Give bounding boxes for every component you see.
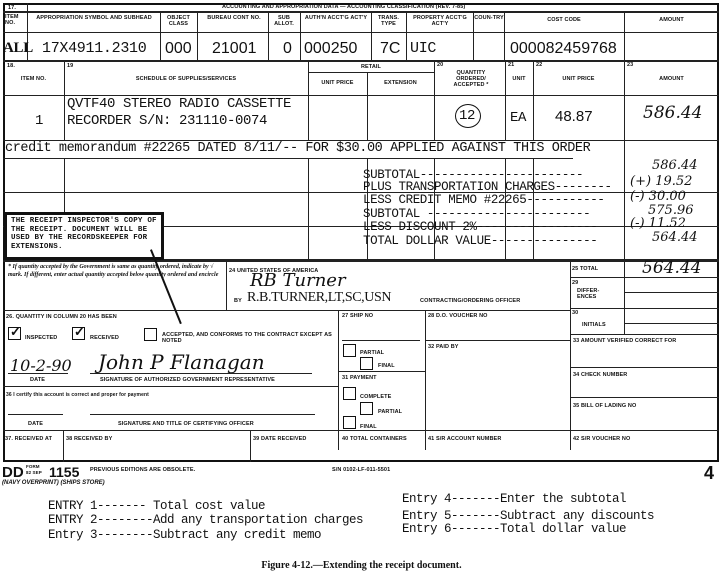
block27-label: 27 SHIP NO — [342, 313, 373, 319]
payment-partial-label: PARTIAL — [378, 409, 402, 415]
block40-label: 40 TOTAL CONTAINERS — [342, 436, 407, 442]
block38-label: 38 RECEIVED BY — [66, 436, 112, 442]
divider — [8, 414, 63, 415]
col18-num: 18. — [7, 63, 15, 69]
figure-caption: Figure 4-12.—Extending the receipt docum… — [0, 560, 723, 571]
payment-partial-checkbox[interactable] — [360, 402, 373, 415]
col23-num: 23 — [627, 62, 633, 68]
ext-subtotal-value: 586.44 — [652, 158, 698, 173]
sub-allot-value: 0 — [283, 40, 292, 58]
bureau-value: 21001 — [212, 40, 257, 58]
ext-transport-value: (+) 19.52 — [630, 174, 692, 189]
block41-label: 41 S/R ACCOUNT NUMBER — [428, 436, 501, 442]
block34-label: 34 CHECK NUMBER — [573, 372, 627, 378]
item-description-line1: QVTF40 STEREO RADIO CASSETTE — [67, 96, 291, 112]
col20-label: QUANTITY ORDERED/ ACCEPTED * — [444, 70, 498, 88]
divider — [425, 310, 426, 450]
divider — [250, 430, 251, 462]
item-number: 1 — [35, 113, 43, 129]
item-unit-price: 48.87 — [555, 108, 593, 125]
divider — [624, 323, 719, 324]
item-quantity: 12 — [459, 108, 475, 124]
cost-code-value: 000082459768 — [510, 40, 617, 58]
ext-transport-label: PLUS TRANSPORTATION CHARGES-------- — [363, 180, 612, 194]
block17-num: 17. — [8, 5, 16, 11]
form-dd: DD — [2, 464, 24, 481]
divider — [3, 310, 570, 311]
ship-final-checkbox[interactable] — [360, 357, 373, 370]
divider — [570, 367, 719, 368]
divider — [338, 310, 339, 450]
divider — [505, 60, 506, 140]
col-trans-type-label: TRANS. TYPE — [371, 15, 406, 27]
col-item-no-label: ITEM NO. — [5, 14, 27, 26]
divider — [8, 373, 68, 374]
divider — [624, 292, 719, 293]
credit-memo-note: credit memorandum #22265 DATED 8/11/-- F… — [5, 141, 590, 156]
block30-label: INITIALS — [582, 322, 606, 328]
received-label: RECEIVED — [90, 335, 119, 341]
property-value: UIC — [410, 40, 436, 57]
divider — [64, 60, 65, 140]
legend-entry-3: Entry 3--------Subtract any credit memo — [48, 528, 321, 542]
trans-type-value: 7C — [380, 40, 400, 58]
check-icon: ✓ — [10, 324, 21, 340]
block30-num: 30 — [572, 310, 578, 316]
block29-num: 29 — [572, 280, 578, 286]
accepted-checkbox[interactable] — [144, 328, 157, 341]
contracting-officer-name: R.B.TURNER,LT,SC,USN — [247, 290, 391, 306]
block25-total: 564.44 — [642, 258, 701, 278]
divider — [3, 11, 719, 13]
col19-num: 19 — [67, 63, 73, 69]
item-unit: EA — [510, 110, 526, 126]
ext-discount-label: LESS DISCOUNT 2%----------------- — [363, 220, 597, 234]
divider — [624, 60, 625, 260]
block25-label: 25 TOTAL — [572, 266, 598, 272]
inspected-checkbox[interactable]: ✓ — [8, 327, 21, 340]
col21-label: UNIT — [505, 76, 533, 82]
divider — [300, 11, 301, 60]
navy-overprint: (NAVY OVERPRINT) (SHIPS STORE) — [2, 480, 105, 486]
col-bureau-label: BUREAU CONT NO. — [200, 15, 268, 21]
divider — [3, 386, 338, 387]
authn-value: 000250 — [304, 40, 357, 58]
col-property-label: PROPERTY ACCT'G ACT'Y — [408, 15, 472, 27]
divider — [570, 260, 571, 450]
block37-label: 37. RECEIVED AT — [5, 436, 52, 442]
col-authn-label: AUTH'N ACCT'G ACT'Y — [302, 15, 370, 21]
col-amount-label: AMOUNT — [624, 17, 719, 23]
divider — [3, 260, 719, 262]
col22-num: 22 — [536, 62, 542, 68]
ship-final-label: FINAL — [378, 363, 395, 369]
government-rep-signature: John P Flanagan — [98, 350, 265, 374]
legend-entry-5: Entry 5-------Subtract any discounts — [402, 509, 654, 523]
divider — [3, 158, 573, 159]
divider — [342, 340, 420, 341]
block29-label: DIFFER-ENCES — [577, 288, 599, 300]
col-object-class-label: OBJECT CLASS — [160, 15, 197, 27]
block35-label: 35 BILL OF LADING NO — [573, 403, 636, 409]
legend-entry-4: Entry 4-------Enter the subtotal — [402, 492, 626, 506]
block28-label: 28 D.O. VOUCHER NO — [428, 313, 488, 319]
block26-label: 26. QUANTITY IN COLUMN 20 HAS BEEN — [6, 314, 117, 320]
col-appropriation-label: APPROPRIATION SYMBOL AND SUBHEAD — [34, 15, 154, 21]
accepted-label: ACCEPTED, AND CONFORMS TO THE CONTRACT E… — [162, 332, 332, 344]
certifying-officer-label: SIGNATURE AND TITLE OF CERTIFYING OFFICE… — [118, 421, 254, 427]
appropriation-value: 17X4911.2310 — [42, 40, 146, 57]
col-country-label: COUN-TRY — [474, 15, 504, 21]
col20-num: 20 — [437, 62, 443, 68]
receipt-inspector-callout: THE RECEIPT INSPECTOR'S COPY OF THE RECE… — [4, 212, 164, 260]
col23-label: AMOUNT — [624, 76, 719, 82]
certify-date-label: DATE — [28, 421, 43, 427]
col18-label: ITEM NO. — [3, 76, 64, 82]
signature-label: SIGNATURE OF AUTHORIZED GOVERNMENT REPRE… — [100, 377, 275, 383]
divider — [3, 192, 719, 193]
divider — [226, 260, 227, 310]
divider — [3, 32, 719, 33]
ship-partial-checkbox[interactable] — [343, 344, 356, 357]
divider — [425, 340, 570, 341]
item-description-line2: RECORDER S/N: 231110-0074 — [67, 113, 267, 129]
block42-label: 42 S/R VOUCHER NO — [573, 436, 630, 442]
form-number: 1155 — [49, 464, 79, 480]
quantity-footnote: * If quantity accepted by the Government… — [8, 263, 222, 279]
divider — [3, 430, 719, 431]
divider — [338, 371, 425, 372]
divider — [434, 60, 435, 140]
retail-label: RETAIL — [308, 64, 434, 70]
callout-text: THE RECEIPT INSPECTOR'S COPY OF THE RECE… — [11, 217, 157, 251]
payment-final-checkbox[interactable] — [343, 416, 356, 429]
check-icon: ✓ — [74, 324, 85, 340]
stock-number: S/N 0102-LF-011-5501 — [332, 467, 390, 473]
form-word: FORM — [26, 465, 40, 470]
object-class-value: 000 — [165, 40, 192, 58]
ext-discount-value: (-) 11.52 — [630, 216, 686, 231]
header-title: ACCOUNTING AND APPROPRIATION DATA — ACCO… — [222, 4, 465, 10]
ext-total-value: 564.44 — [652, 230, 698, 245]
legend-entry-2: ENTRY 2--------Add any transportation ch… — [48, 513, 363, 527]
divider — [63, 430, 64, 462]
col21-num: 21 — [508, 62, 514, 68]
divider — [406, 11, 407, 60]
contracting-officer-role: CONTRACTING/ORDERING OFFICER — [420, 298, 520, 304]
extension-label: EXTENSION — [367, 80, 434, 86]
divider — [308, 158, 309, 260]
by-label: BY — [234, 298, 242, 304]
divider — [570, 308, 719, 309]
col22-label: UNIT PRICE — [533, 76, 624, 82]
legend-entry-1: ENTRY 1------- Total cost value — [48, 499, 265, 513]
form-edition: 82 SEP — [26, 471, 42, 476]
block33-label: 33 AMOUNT VERIFIED CORRECT FOR — [573, 338, 676, 344]
block31-label: 31 PAYMENT — [342, 375, 377, 381]
received-checkbox[interactable]: ✓ — [72, 327, 85, 340]
item-amount: 586.44 — [643, 103, 702, 123]
col19-label: SCHEDULE OF SUPPLIES/SERVICES — [64, 76, 308, 82]
previous-editions-note: PREVIOUS EDITIONS ARE OBSOLETE. — [90, 467, 195, 473]
divider — [570, 334, 719, 335]
divider — [90, 414, 315, 415]
ext-credit-value: (-) 30.00 — [630, 189, 686, 204]
divider — [308, 72, 434, 73]
payment-complete-checkbox[interactable] — [343, 387, 356, 400]
item-no-value: ALL — [3, 40, 33, 57]
divider — [533, 60, 534, 140]
col-sub-allot-label: SUB ALLOT. — [268, 15, 300, 27]
ext-subtotal2-label: SUBTOTAL ----------------------- — [363, 207, 590, 221]
col-cost-code-label: COST CODE — [504, 17, 624, 23]
date-label: DATE — [30, 377, 45, 383]
page-number: 4 — [704, 463, 714, 484]
payment-complete-label: COMPLETE — [360, 394, 391, 400]
block36-label: 36 I certify this account is correct and… — [6, 392, 149, 398]
ship-partial-label: PARTIAL — [360, 350, 384, 356]
ext-credit-label: LESS CREDIT MEMO #22265----------- — [363, 193, 604, 207]
block39-label: 39 DATE RECEIVED — [253, 436, 306, 442]
divider — [90, 373, 312, 374]
contracting-officer-signature: RB Turner — [250, 270, 346, 291]
retail-unit-price-label: UNIT PRICE — [308, 80, 367, 86]
block32-label: 32 PAID BY — [428, 344, 459, 350]
ext-total-label: TOTAL DOLLAR VALUE--------------- — [363, 234, 597, 248]
divider — [197, 11, 198, 60]
divider — [570, 397, 719, 398]
divider — [3, 60, 719, 62]
inspected-label: INSPECTED — [25, 335, 57, 341]
legend-entry-6: Entry 6-------Total dollar value — [402, 522, 626, 536]
